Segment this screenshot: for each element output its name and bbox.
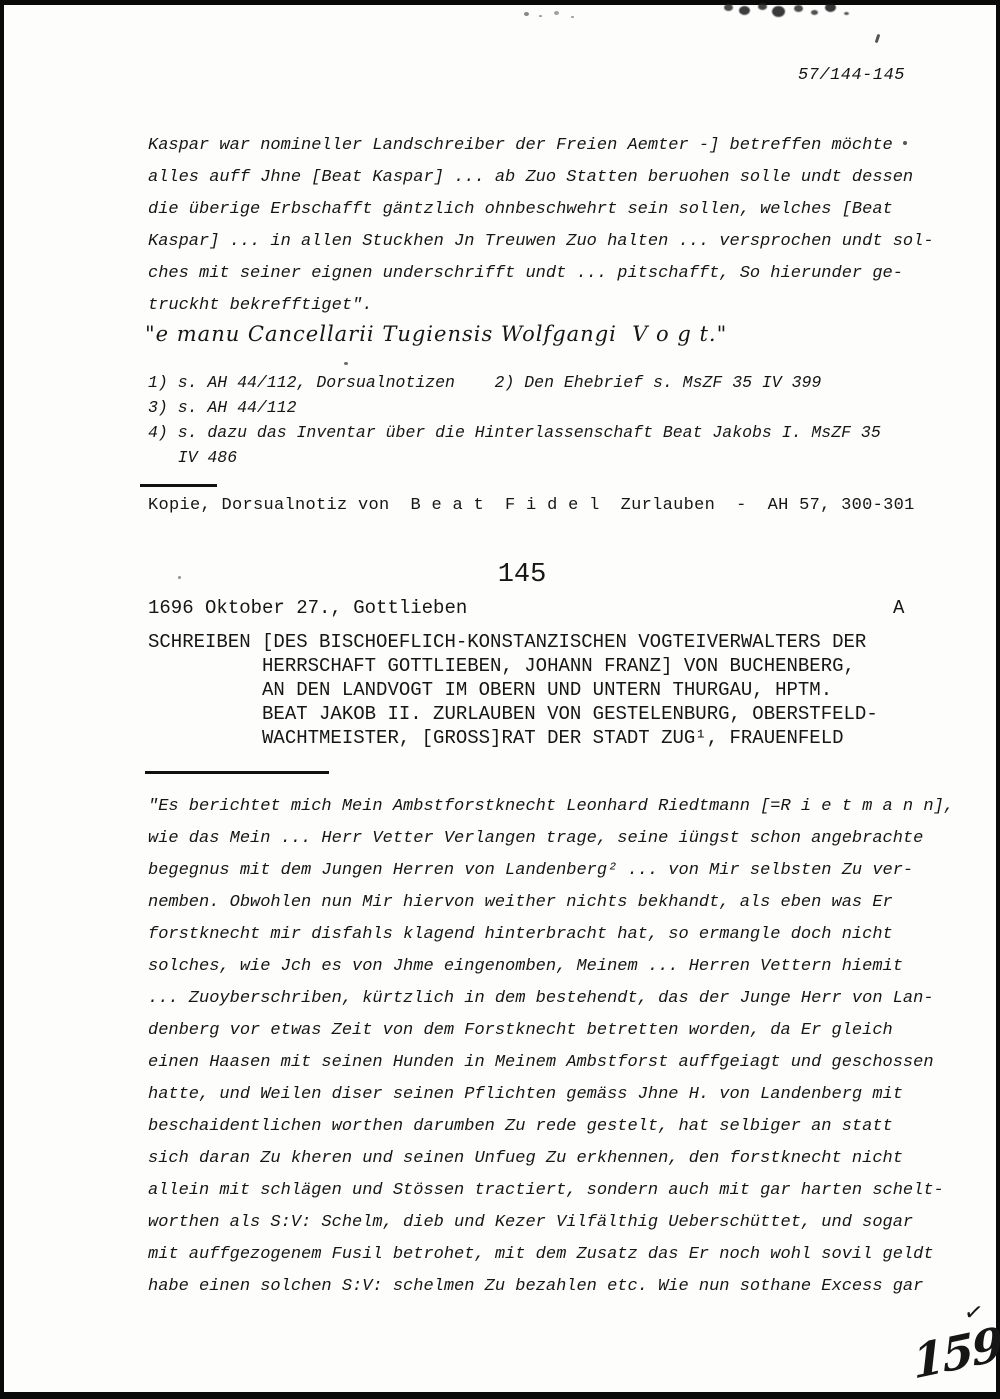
source-note: Kopie, Dorsualnotiz von B e a t F i d e …: [148, 496, 915, 515]
footnotes-144: 1) s. AH 44/112, Dorsualnotizen 2) Den E…: [148, 370, 881, 470]
scan-noise: [344, 362, 348, 365]
date-place-line: 1696 Oktober 27., Gottlieben: [148, 597, 467, 619]
chancellery-script-line: "e manu Cancellarii Tugiensis Wolfgangi …: [145, 322, 727, 346]
separator-rule: [140, 484, 217, 487]
handwritten-page-number: 159: [911, 1316, 1000, 1389]
scan-border-top: [0, 0, 1000, 5]
separator-rule: [145, 771, 329, 774]
scanned-document-page: 57/144-145 Kaspar war nomineller Landsch…: [0, 0, 1000, 1399]
scan-border-bottom: [0, 1392, 1000, 1399]
copy-letter: A: [893, 597, 904, 619]
entry-number-heading: 145: [148, 560, 896, 590]
page-reference: 57/144-145: [705, 66, 905, 85]
quotation-paragraph-144: Kaspar war nomineller Landschreiber der …: [148, 130, 934, 322]
regest-summary: SCHREIBEN [DES BISCHOEFLICH-KONSTANZISCH…: [148, 630, 878, 750]
scan-border-left: [0, 0, 4, 1399]
scan-noise: [524, 12, 529, 16]
scan-noise: [875, 34, 881, 43]
scan-border-right: [996, 0, 1000, 1399]
scan-noise: [724, 4, 733, 11]
letter-body-quotation: "Es berichtet mich Mein Ambstforstknecht…: [148, 791, 954, 1303]
